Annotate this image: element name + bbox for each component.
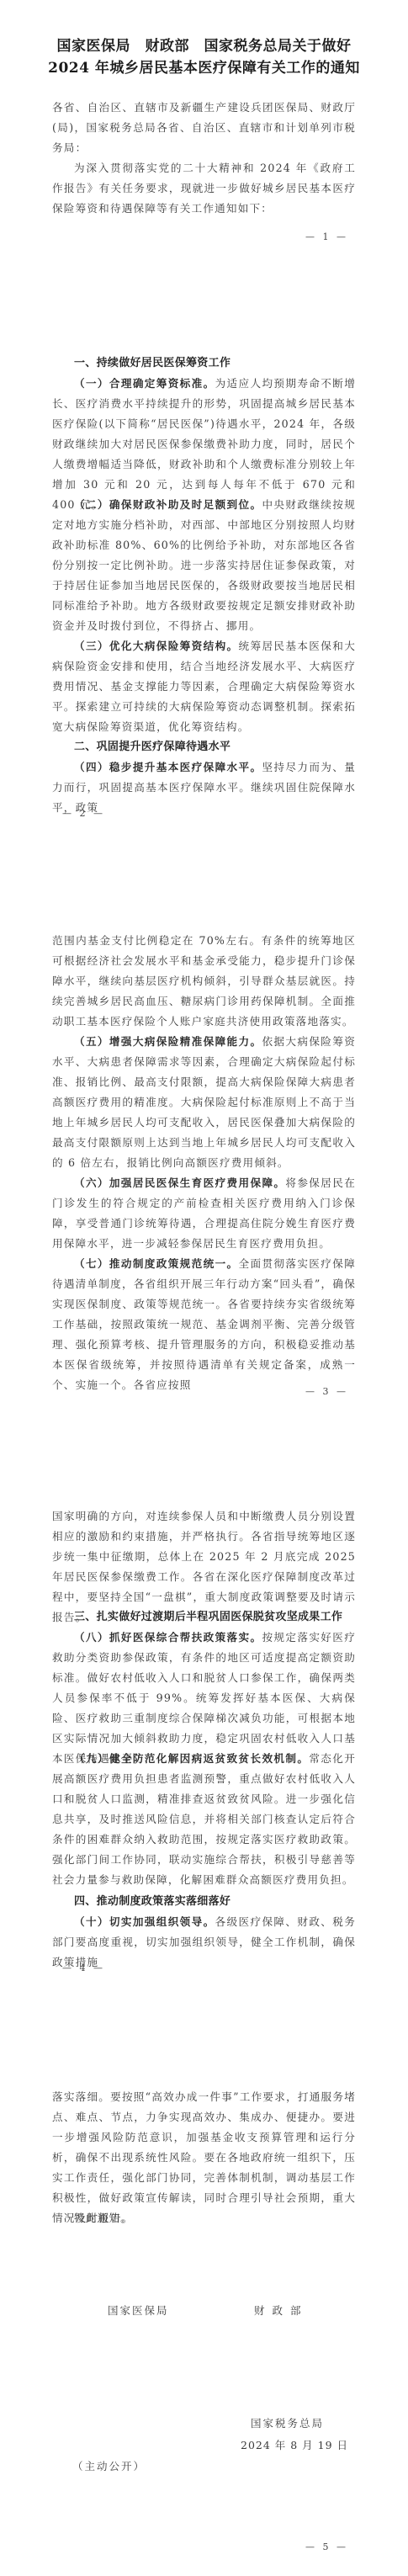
- item-3-lead: （三）优化大病保险筹资结构。: [74, 640, 239, 652]
- signature-sta: 国家税务总局: [251, 2415, 324, 2430]
- item-7-lead: （七）推动制度政策规范统一。: [74, 1257, 239, 1270]
- item-8: （八）抓好医保综合帮扶政策落实。按规定落实好医疗救助分类资助参保政策，有条件的地…: [52, 1628, 356, 1769]
- item-7-text-page3: 全面贯彻落实医疗保障待遇清单制度，各省组织开展三年行动方案“回头看”，确保实现医…: [52, 1257, 356, 1391]
- page-number-1: — 1 —: [305, 231, 348, 242]
- item-3-text: 统筹居民基本医保和大病保险资金安排和使用，结合当地经济发展水平、大病医疗费用情况…: [52, 640, 356, 733]
- item-8-lead: （八）抓好医保综合帮扶政策落实。: [74, 1631, 262, 1644]
- item-9-text: 常态化开展高额医疗费用负担患者监测预警，重点做好农村低收入人口和脱贫人口监测，精…: [52, 1752, 356, 1886]
- section-heading-3: 三、扎实做好过渡期后半程巩固医保脱贫攻坚成果工作: [74, 1607, 342, 1628]
- issue-date: 2024 年 8 月 19 日: [241, 2437, 348, 2452]
- signature-mof: 财政部: [254, 2302, 309, 2318]
- document-title-line-1: 国家医保局 财政部 国家税务总局关于做好: [0, 35, 408, 57]
- item-2: （二）确保财政补助及时足额到位。中央财政继续按规定对地方实施分档补助，对西部、中…: [52, 495, 356, 636]
- item-1-lead: （一）合理确定筹资标准。: [74, 377, 215, 390]
- intro-paragraph: 为深入贯彻落实党的二十大精神和 2024 年《政府工作报告》有关任务要求，现就进…: [52, 158, 356, 219]
- addressee: 各省、自治区、直辖市及新疆生产建设兵团医保局、财政厅(局)，国家税务总局各省、自…: [52, 98, 356, 158]
- disclosure-note: （主动公开）: [72, 2458, 146, 2473]
- item-1: （一）合理确定筹资标准。为适应人均预期寿命不断增长、医疗消费水平持续提升的形势，…: [52, 374, 356, 515]
- section-heading-1: 一、持续做好居民医保筹资工作: [74, 353, 230, 374]
- item-2-text: 中央财政继续按规定对地方实施分档补助，对西部、中部地区分别按照人均财政补助标准 …: [52, 498, 356, 632]
- section-heading-4: 四、推动制度政策落实落细落好: [74, 1892, 230, 1912]
- document-viewer[interactable]: 国家医保局 财政部 国家税务总局关于做好 2024 年城乡居民基本医疗保障有关工…: [0, 0, 408, 2576]
- section-heading-2: 二、巩固提升医疗保障待遇水平: [74, 737, 230, 757]
- item-8-text: 按规定落实好医疗救助分类资助参保政策，有条件的地区可适度提高定额资助标准。做好农…: [52, 1631, 356, 1765]
- item-10-lead: （十）切实加强组织领导。: [74, 1915, 215, 1928]
- item-9-lead: （九）健全防范化解因病返贫致贫长效机制。: [74, 1752, 309, 1765]
- page-number-5: — 5 —: [305, 2541, 348, 2552]
- item-6-lead: （六）加强居民医保生育医疗费用保障。: [74, 1176, 285, 1189]
- closing-text: 特此通知。: [52, 2208, 356, 2228]
- page-number-2: — 2 —: [62, 808, 105, 819]
- item-4-lead: （四）稳步提升基本医疗保障水平。: [74, 761, 262, 773]
- item-3: （三）优化大病保险筹资结构。统筹居民基本医保和大病保险资金安排和使用，结合当地经…: [52, 636, 356, 737]
- item-4-part-2: 范围内基金支付比例稳定在 70%左右。有条件的统筹地区可根据经济社会发展水平和基…: [52, 931, 356, 1032]
- page-number-3: — 3 —: [305, 1386, 348, 1397]
- item-5-lead: （五）增强大病保险精准保障能力。: [74, 1035, 262, 1048]
- item-5: （五）增强大病保险精准保障能力。依据大病保险筹资水平、大病患者保障需求等因素，合…: [52, 1032, 356, 1173]
- item-10-part-2: 落实落细。要按照“高效办成一件事”工作要求，打通服务堵点、难点、节点，力争实现高…: [52, 2087, 356, 2228]
- item-7-part-1: （七）推动制度政策规范统一。全面贯彻落实医疗保障待遇清单制度，各省组织开展三年行…: [52, 1254, 356, 1395]
- item-5-text: 依据大病保险筹资水平、大病患者保障需求等因素，合理确定大病保险起付标准、报销比例…: [52, 1035, 356, 1169]
- item-9: （九）健全防范化解因病返贫致贫长效机制。常态化开展高额医疗费用负担患者监测预警，…: [52, 1749, 356, 1890]
- item-1-text: 为适应人均预期寿命不断增长、医疗消费水平持续提升的形势，巩固提高城乡居民基本医疗…: [52, 377, 356, 511]
- signature-nhsa: 国家医保局: [108, 2302, 169, 2318]
- page-number-4: — 4 —: [62, 1963, 105, 1973]
- document-title-line-2: 2024 年城乡居民基本医疗保障有关工作的通知: [0, 57, 408, 79]
- item-6: （六）加强居民医保生育医疗费用保障。将参保居民在门诊发生的符合规定的产前检查相关…: [52, 1173, 356, 1254]
- item-2-lead: （二）确保财政补助及时足额到位。: [74, 498, 262, 511]
